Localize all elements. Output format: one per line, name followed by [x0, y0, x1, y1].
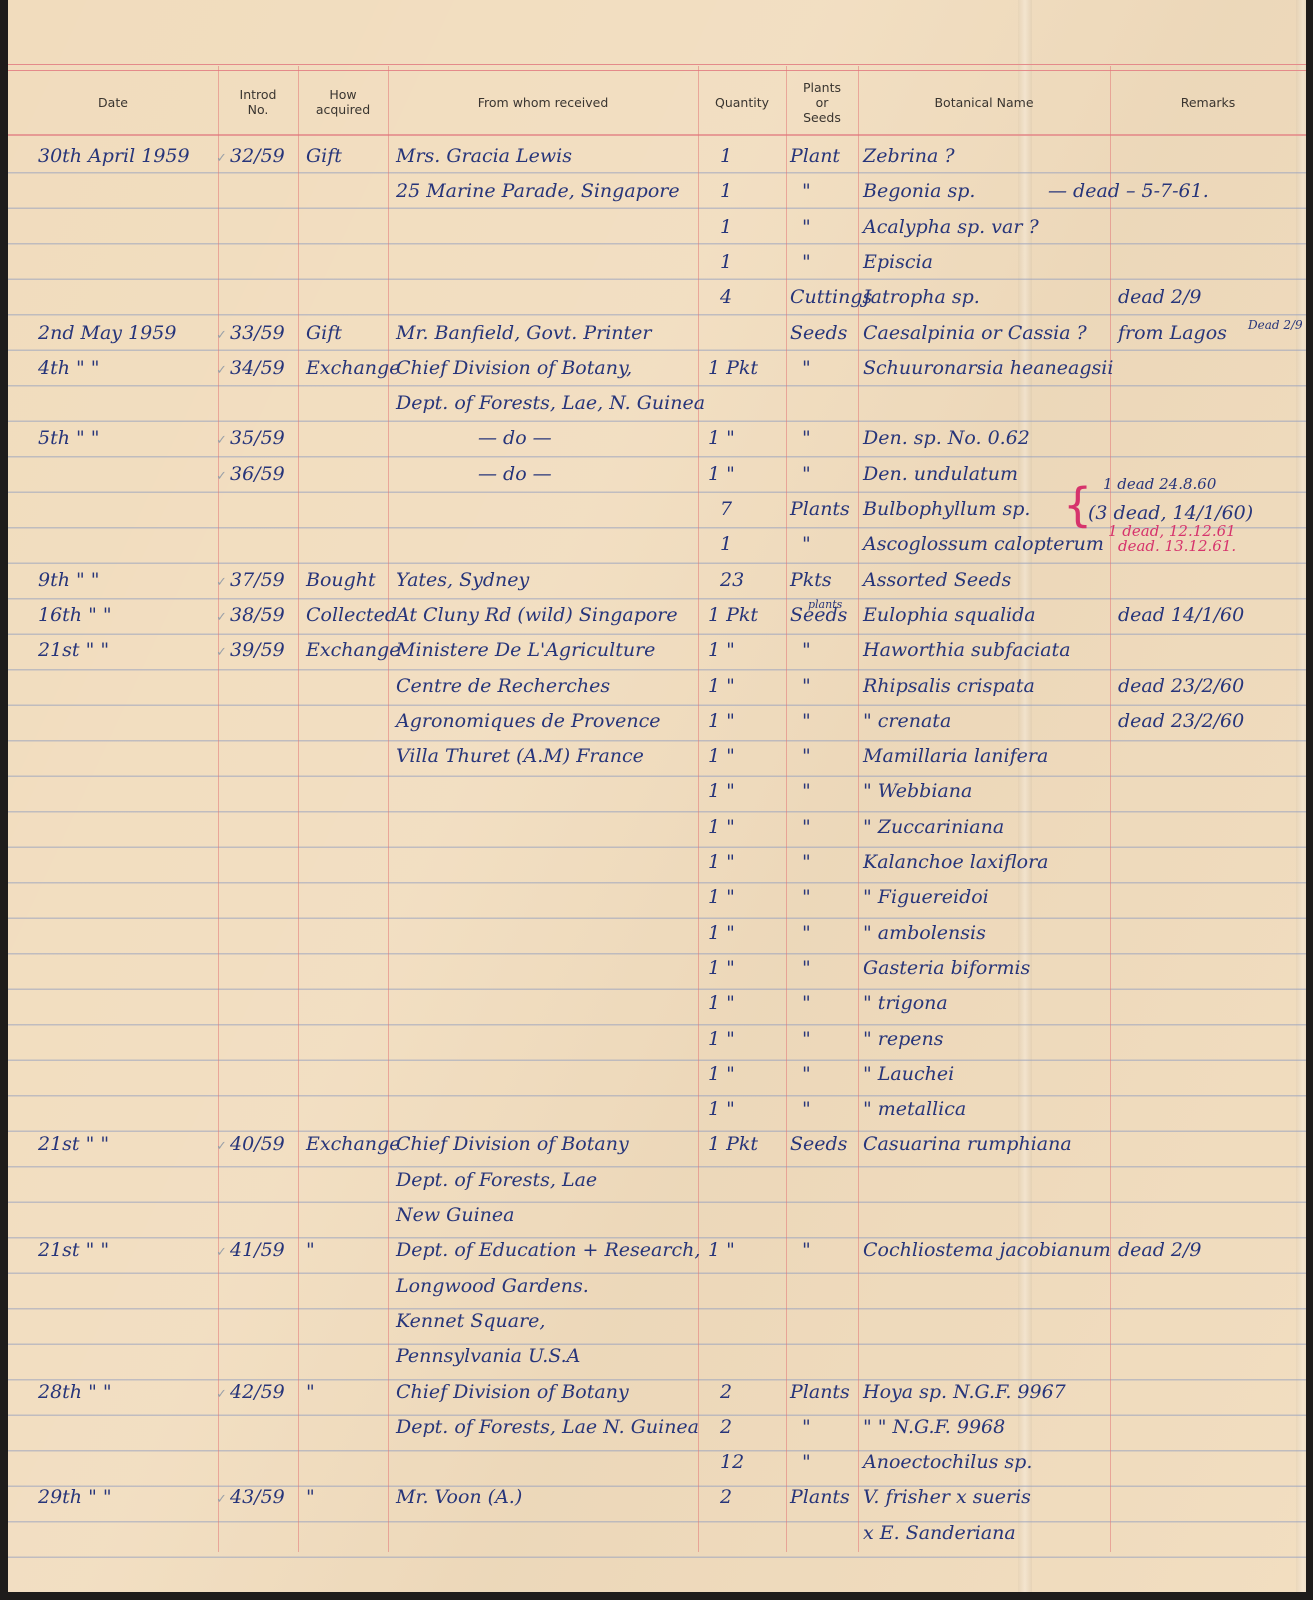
header-quantity: Quantity — [698, 72, 786, 132]
botanical-name-cell: " trigona — [863, 992, 948, 1014]
how-acquired-cell: Exchange — [306, 639, 400, 661]
date-cell: 30th April 1959 — [38, 145, 190, 167]
remarks-red-annotation: dead. 13.12.61. — [1118, 535, 1236, 557]
remarks-cell: 1 dead 24.8.60 — [1103, 473, 1216, 495]
botanical-name-cell: V. frisher x sueris — [863, 1486, 1031, 1508]
date-cell: 2nd May 1959 — [38, 322, 176, 344]
check-mark-icon: ✓ — [216, 575, 227, 590]
how-acquired-cell: " — [306, 1381, 315, 1403]
date-cell: 21st " " — [38, 639, 109, 661]
remarks-cell: dead 2/9 — [1118, 1239, 1202, 1261]
check-mark-icon: ✓ — [216, 1245, 227, 1260]
quantity-cell: 1 " — [708, 851, 735, 873]
plants-or-seeds-cell: " — [802, 816, 811, 838]
introd-no-cell: 35/59 — [230, 427, 285, 449]
from-whom-cell: Kennet Square, — [396, 1310, 545, 1332]
remarks-cell: — dead – 5-7-61. — [1048, 180, 1209, 202]
how-acquired-cell: Gift — [306, 145, 342, 167]
botanical-name-cell: Caesalpinia or Cassia ? — [863, 322, 1087, 344]
from-whom-cell: Mrs. Gracia Lewis — [396, 145, 572, 167]
botanical-name-cell: Acalypha sp. var ? — [863, 216, 1039, 238]
plants-or-seeds-cell: " — [802, 745, 811, 767]
botanical-name-cell: Zebrina ? — [863, 145, 955, 167]
botanical-name-cell: " Figuereidoi — [863, 886, 989, 908]
quantity-cell: 1 " — [708, 992, 735, 1014]
botanical-name-cell: Den. sp. No. 0.62 — [863, 427, 1030, 449]
plants-or-seeds-cell: " — [802, 639, 811, 661]
from-whom-cell: Ministere De L'Agriculture — [396, 639, 655, 661]
plants-or-seeds-cell: " — [802, 427, 811, 449]
plants-or-seeds-cell: Cuttings — [790, 286, 872, 308]
botanical-name-cell: Rhipsalis crispata — [863, 675, 1035, 697]
quantity-cell: 1 Pkt — [708, 357, 758, 379]
botanical-name-cell: Gasteria biformis — [863, 957, 1030, 979]
plants-or-seeds-cell: Seeds — [790, 1133, 847, 1155]
plants-or-seeds-cell: " — [802, 1063, 811, 1085]
header-plants-or-seeds: Plants or Seeds — [786, 72, 858, 132]
quantity-cell: 1 " — [708, 886, 735, 908]
quantity-cell: 1 — [720, 180, 732, 202]
plants-or-seeds-cell: " — [802, 1451, 811, 1473]
botanical-name-cell: " metallica — [863, 1098, 966, 1120]
from-whom-cell: Dept. of Forests, Lae — [396, 1169, 597, 1191]
introd-no-cell: 36/59 — [230, 463, 285, 485]
botanical-name-cell: Haworthia subfaciata — [863, 639, 1071, 661]
botanical-name-cell: Den. undulatum — [863, 463, 1018, 485]
quantity-cell: 2 — [720, 1416, 732, 1438]
introd-no-cell: 40/59 — [230, 1133, 285, 1155]
quantity-cell: 1 " — [708, 745, 735, 767]
botanical-name-cell: Schuuronarsia heaneagsii — [863, 357, 1113, 379]
botanical-name-cell: " crenata — [863, 710, 951, 732]
how-acquired-cell: Collected — [306, 604, 397, 626]
from-whom-cell: — do — — [478, 427, 552, 449]
plants-or-seeds-cell: " — [802, 886, 811, 908]
quantity-cell: 1 " — [708, 675, 735, 697]
plants-or-seeds-cell: " — [802, 1239, 811, 1261]
quantity-cell: 1 " — [708, 463, 735, 485]
plants-or-seeds-cell: " — [802, 992, 811, 1014]
botanical-name-cell: " ambolensis — [863, 922, 986, 944]
check-mark-icon: ✓ — [216, 433, 227, 448]
from-whom-cell: Chief Division of Botany — [396, 1133, 629, 1155]
botanical-name-cell: Hoya sp. N.G.F. 9967 — [863, 1381, 1066, 1403]
plants-or-seeds-cell: " — [802, 216, 811, 238]
quantity-cell: 1 Pkt — [708, 604, 758, 626]
plants-or-seeds-cell: " — [802, 1098, 811, 1120]
quantity-cell: 23 — [720, 569, 744, 591]
date-cell: 28th " " — [38, 1381, 112, 1403]
remarks-cell: dead 23/2/60 — [1118, 675, 1244, 697]
quantity-cell: 7 — [720, 498, 732, 520]
botanical-name-cell: Eulophia squalida — [863, 604, 1036, 626]
introd-no-cell: 34/59 — [230, 357, 285, 379]
how-acquired-cell: " — [306, 1486, 315, 1508]
from-whom-cell: — do — — [478, 463, 552, 485]
botanical-name-cell: Cochliostema jacobianum — [863, 1239, 1111, 1261]
quantity-cell: 1 " — [708, 1098, 735, 1120]
check-mark-icon: ✓ — [216, 1387, 227, 1402]
quantity-cell: 1 " — [708, 780, 735, 802]
date-cell: 4th " " — [38, 357, 100, 379]
plants-or-seeds-cell: " — [802, 1416, 811, 1438]
botanical-name-cell: Assorted Seeds — [863, 569, 1011, 591]
check-mark-icon: ✓ — [216, 610, 227, 625]
introd-no-cell: 41/59 — [230, 1239, 285, 1261]
remarks-cell: from Lagos — [1118, 322, 1227, 344]
quantity-cell: 12 — [720, 1451, 744, 1473]
from-whom-cell: Dept. of Forests, Lae N. Guinea — [396, 1416, 699, 1438]
remarks-cell: dead 14/1/60 — [1118, 604, 1244, 626]
from-whom-cell: Dept. of Forests, Lae, N. Guinea — [396, 392, 705, 414]
plants-or-seeds-cell: Plant — [790, 145, 840, 167]
from-whom-cell: 25 Marine Parade, Singapore — [396, 180, 680, 202]
check-mark-icon: ✓ — [216, 1492, 227, 1507]
how-acquired-cell: Exchange — [306, 357, 400, 379]
how-acquired-cell: Exchange — [306, 1133, 400, 1155]
introd-no-cell: 43/59 — [230, 1486, 285, 1508]
remarks-cell: dead 23/2/60 — [1118, 710, 1244, 732]
plants-or-seeds-cell: " — [802, 780, 811, 802]
botanical-name-cell: Jatropha sp. — [863, 286, 980, 308]
check-mark-icon: ✓ — [216, 645, 227, 660]
quantity-cell: 1 — [720, 216, 732, 238]
plants-or-seeds-cell: Plants — [790, 498, 850, 520]
plants-or-seeds-cell: " — [802, 357, 811, 379]
quantity-cell: 2 — [720, 1486, 732, 1508]
from-whom-cell: Chief Division of Botany — [396, 1381, 629, 1403]
botanical-name-cell: Begonia sp. — [863, 180, 975, 202]
botanical-name-cell: Kalanchoe laxiflora — [863, 851, 1048, 873]
plants-or-seeds-cell: " — [802, 1028, 811, 1050]
botanical-name-cell: " " N.G.F. 9968 — [863, 1416, 1005, 1438]
quantity-cell: 1 " — [708, 710, 735, 732]
quantity-cell: 2 — [720, 1381, 732, 1403]
header-botanical-name: Botanical Name — [858, 72, 1110, 132]
from-whom-cell: Mr. Banfield, Govt. Printer — [396, 322, 652, 344]
from-whom-cell: Villa Thuret (A.M) France — [396, 745, 644, 767]
date-cell: 29th " " — [38, 1486, 112, 1508]
top-border-line — [8, 64, 1306, 71]
introd-no-cell: 32/59 — [230, 145, 285, 167]
botanical-name-cell: Bulbophyllum sp. — [863, 498, 1030, 520]
plants-or-seeds-annotation: plants — [808, 594, 842, 616]
check-mark-icon: ✓ — [216, 151, 227, 166]
quantity-cell: 1 " — [708, 957, 735, 979]
from-whom-cell: New Guinea — [396, 1204, 514, 1226]
quantity-cell: 1 — [720, 251, 732, 273]
check-mark-icon: ✓ — [216, 363, 227, 378]
plants-or-seeds-cell: " — [802, 463, 811, 485]
remarks-superscript-note: Dead 2/9 — [1248, 314, 1303, 336]
from-whom-cell: Centre de Recherches — [396, 675, 610, 697]
quantity-cell: 1 " — [708, 427, 735, 449]
plants-or-seeds-cell: " — [802, 922, 811, 944]
header-remarks: Remarks — [1110, 72, 1306, 132]
plants-or-seeds-cell: " — [802, 251, 811, 273]
introd-no-cell: 39/59 — [230, 639, 285, 661]
plants-or-seeds-cell: " — [802, 710, 811, 732]
plants-or-seeds-cell: " — [802, 957, 811, 979]
header-date: Date — [8, 72, 218, 132]
quantity-cell: 1 " — [708, 1239, 735, 1261]
how-acquired-cell: Gift — [306, 322, 342, 344]
from-whom-cell: Yates, Sydney — [396, 569, 529, 591]
plants-or-seeds-cell: " — [802, 851, 811, 873]
botanical-name-cell: " Webbiana — [863, 780, 972, 802]
from-whom-cell: Longwood Gardens. — [396, 1275, 589, 1297]
check-mark-icon: ✓ — [216, 469, 227, 484]
check-mark-icon: ✓ — [216, 328, 227, 343]
botanical-name-cell: " repens — [863, 1028, 944, 1050]
date-cell: 21st " " — [38, 1239, 109, 1261]
botanical-name-cell: " Zuccariniana — [863, 816, 1004, 838]
botanical-name-cell: x E. Sanderiana — [863, 1522, 1016, 1544]
date-cell: 21st " " — [38, 1133, 109, 1155]
from-whom-cell: Pennsylvania U.S.A — [396, 1345, 580, 1367]
botanical-name-cell: Ascoglossum calopterum — [863, 533, 1104, 555]
quantity-cell: 1 " — [708, 639, 735, 661]
date-cell: 5th " " — [38, 427, 100, 449]
how-acquired-cell: " — [306, 1239, 315, 1261]
header-divider — [8, 134, 1306, 136]
plants-or-seeds-cell: " — [802, 180, 811, 202]
from-whom-cell: Mr. Voon (A.) — [396, 1486, 522, 1508]
date-cell: 9th " " — [38, 569, 100, 591]
botanical-name-cell: Mamillaria lanifera — [863, 745, 1048, 767]
from-whom-cell: Chief Division of Botany, — [396, 357, 632, 379]
quantity-cell: 1 " — [708, 1063, 735, 1085]
from-whom-cell: Agronomiques de Provence — [396, 710, 660, 732]
introd-no-cell: 42/59 — [230, 1381, 285, 1403]
quantity-cell: 4 — [720, 286, 732, 308]
header-from-whom: From whom received — [388, 72, 698, 132]
botanical-name-cell: Casuarina rumphiana — [863, 1133, 1072, 1155]
botanical-name-cell: " Lauchei — [863, 1063, 954, 1085]
introd-no-cell: 38/59 — [230, 604, 285, 626]
remarks-cell: dead 2/9 — [1118, 286, 1202, 308]
plants-or-seeds-cell: " — [802, 675, 811, 697]
from-whom-cell: At Cluny Rd (wild) Singapore — [396, 604, 678, 626]
botanical-name-cell: Episcia — [863, 251, 933, 273]
plants-or-seeds-cell: Plants — [790, 1486, 850, 1508]
quantity-cell: 1 " — [708, 922, 735, 944]
quantity-cell: 1 — [720, 533, 732, 555]
quantity-cell: 1 " — [708, 816, 735, 838]
plants-or-seeds-cell: Seeds — [790, 322, 847, 344]
how-acquired-cell: Bought — [306, 569, 376, 591]
check-mark-icon: ✓ — [216, 1139, 227, 1154]
plants-or-seeds-cell: Pkts — [790, 569, 832, 591]
botanical-name-cell: Anoectochilus sp. — [863, 1451, 1032, 1473]
header-how-acquired: How acquired — [298, 72, 388, 132]
introd-no-cell: 33/59 — [230, 322, 285, 344]
introd-no-cell: 37/59 — [230, 569, 285, 591]
quantity-cell: 1 — [720, 145, 732, 167]
quantity-cell: 1 " — [708, 1028, 735, 1050]
header-introd-no: Introd No. — [218, 72, 298, 132]
ledger-page: Date Introd No. How acquired From whom r… — [8, 0, 1306, 1592]
from-whom-cell: Dept. of Education + Research, — [396, 1239, 700, 1261]
plants-or-seeds-cell: " — [802, 533, 811, 555]
date-cell: 16th " " — [38, 604, 112, 626]
brace-bracket: { — [1063, 482, 1092, 528]
plants-or-seeds-cell: Plants — [790, 1381, 850, 1403]
quantity-cell: 1 Pkt — [708, 1133, 758, 1155]
